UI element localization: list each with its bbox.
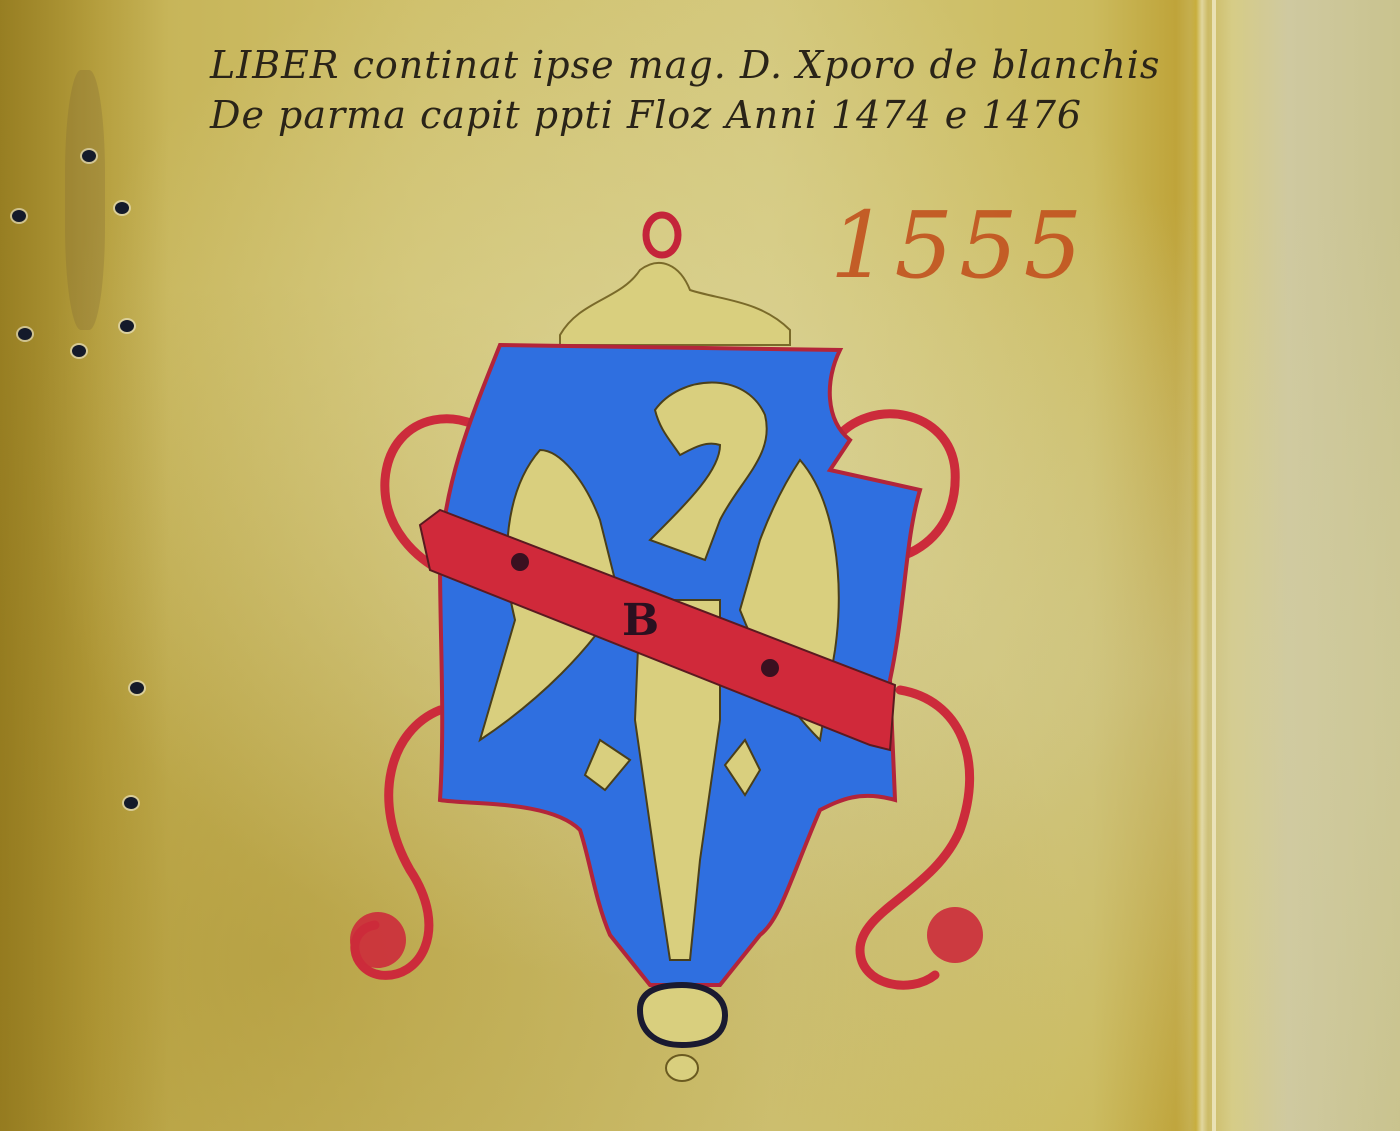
- shield-finial: [640, 985, 725, 1045]
- scroll-curl-left: [350, 912, 406, 968]
- coat-of-arms: B: [0, 0, 1400, 1131]
- suspension-ring: [646, 215, 678, 255]
- finial-knob: [666, 1055, 698, 1081]
- scroll-curl-right: [927, 907, 983, 963]
- crest-ornament: [560, 263, 790, 345]
- bend-letter: B: [622, 595, 659, 646]
